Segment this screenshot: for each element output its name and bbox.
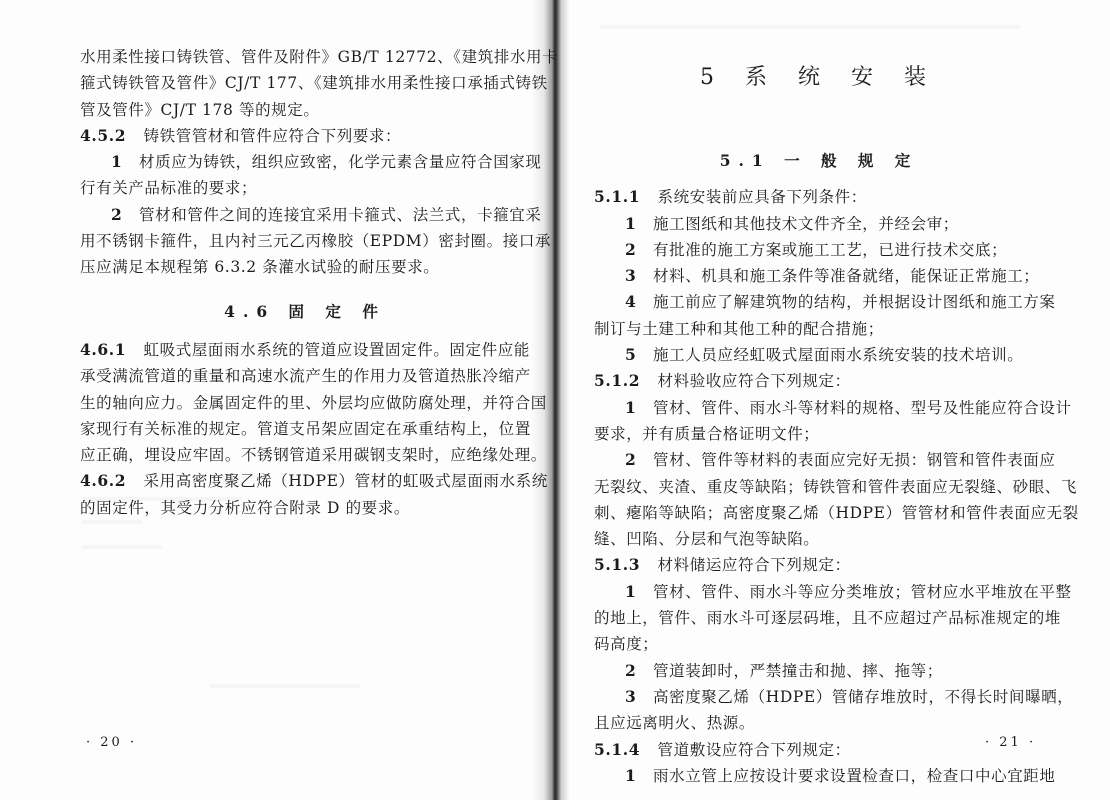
clause-text: 采用高密度聚乙烯（HDPE）管材的虹吸式屋面雨水系统 [144,472,548,490]
clause-number: 5.1.2 [594,368,652,394]
section-title: 4.6 固 定 件 [80,299,530,325]
item-number: 2 [111,202,139,228]
text-line: 的固定件，其受力分析应符合附录 D 的要求。 [80,495,530,521]
list-item: 3高密度聚乙烯（HDPE）管储存堆放时，不得长时间曝晒， [594,684,1044,710]
item-number: 3 [625,684,653,710]
page-number-left: · 20 · [86,735,137,750]
section-title: 5.1 一 般 规 定 [594,148,1044,174]
clause-text: 材料验收应符合下列规定： [658,372,851,390]
item-text: 管材、管件、雨水斗等材料的规格、型号及性能应符合设计 [653,399,1072,417]
clause-4-6-2: 4.6.2 采用高密度聚乙烯（HDPE）管材的虹吸式屋面雨水系统 [80,468,530,494]
text-line: 生的轴向应力。金属固定件的里、外层均应做防腐处理，并符合国 [80,390,530,416]
list-item: 1管材、管件、雨水斗等应分类堆放；管材应水平堆放在平整 [594,579,1044,605]
clause-5-1-4: 5.1.4 管道敷设应符合下列规定： [594,737,1044,763]
list-item: 2管材和管件之间的连接宜采用卡箍式、法兰式，卡箍宜采 [80,202,530,228]
list-item: 4施工前应了解建筑物的结构，并根据设计图纸和施工方案 [594,289,1044,315]
clause-number: 4.6.2 [80,468,138,494]
list-item: 2管道装卸时，严禁撞击和抛、摔、拖等； [594,658,1044,684]
list-item: 2管材、管件等材料的表面应完好无损：钢管和管件表面应 [594,447,1044,473]
item-text: 雨水立管上应按设计要求设置检查口，检查口中心宜距地 [653,767,1056,785]
item-text: 材质应为铸铁，组织应致密，化学元素含量应符合国家现 [139,153,542,171]
clause-number: 4.5.2 [80,123,138,149]
item-text: 材料、机具和施工条件等准备就绪，能保证正常施工； [653,267,1039,285]
clause-number: 5.1.4 [594,737,652,763]
text-line: 无裂纹、夹渣、重皮等缺陷；铸铁管和管件表面应无裂缝、砂眼、飞 [594,474,1044,500]
item-text: 管材、管件、雨水斗等应分类堆放；管材应水平堆放在平整 [653,583,1072,601]
list-item: 5施工人员应经虹吸式屋面雨水系统安装的技术培训。 [594,342,1044,368]
text-line: 行有关产品标准的要求； [80,175,530,201]
clause-text: 铸铁管管材和管件应符合下列要求： [144,127,402,145]
clause-number: 4.6.1 [80,337,138,363]
list-item: 1雨水立管上应按设计要求设置检查口，检查口中心宜距地 [594,763,1044,789]
item-text: 有批准的施工方案或施工工艺，已进行技术交底； [653,241,1007,259]
chapter-title: 5 系 统 安 装 [594,52,1044,104]
item-text: 施工图纸和其他技术文件齐全，并经会审； [653,215,959,233]
clause-text: 材料储运应符合下列规定： [658,556,851,574]
text-line: 刺、瘪陷等缺陷；高密度聚乙烯（HDPE）管管材和管件表面应无裂 [594,500,1044,526]
item-number: 1 [625,763,653,789]
text-line: 压应满足本规程第 6.3.2 条灌水试验的耐压要求。 [80,254,530,280]
clause-5-1-3: 5.1.3 材料储运应符合下列规定： [594,552,1044,578]
list-item: 3材料、机具和施工条件等准备就绪，能保证正常施工； [594,263,1044,289]
bleed-through-mark [82,545,162,549]
item-number: 2 [625,447,653,473]
list-item: 2有批准的施工方案或施工工艺，已进行技术交底； [594,237,1044,263]
left-page-text: 水用柔性接口铸铁管、管件及附件》GB/T 12772、《建筑排水用卡 箍式铸铁管… [80,44,530,521]
list-item: 1施工图纸和其他技术文件齐全，并经会审； [594,211,1044,237]
text-line: 要求，并有质量合格证明文件； [594,421,1044,447]
list-item: 1管材、管件、雨水斗等材料的规格、型号及性能应符合设计 [594,395,1044,421]
list-item: 1材质应为铸铁，组织应致密，化学元素含量应符合国家现 [80,149,530,175]
text-line: 的地上，管件、雨水斗可逐层码堆，且不应超过产品标准规定的堆 [594,605,1044,631]
text-line: 家现行有关标准的规定。管道支吊架应固定在承重结构上，位置 [80,416,530,442]
clause-number: 5.1.3 [594,552,652,578]
item-text: 管材和管件之间的连接宜采用卡箍式、法兰式，卡箍宜采 [139,206,542,224]
item-number: 2 [625,658,653,684]
text-line: 箍式铸铁管及管件》CJ/T 177、《建筑排水用柔性接口承插式铸铁 [80,70,530,96]
page-number-right: · 21 · [985,735,1036,750]
clause-4-5-2: 4.5.2 铸铁管管材和管件应符合下列要求： [80,123,530,149]
clause-4-6-1: 4.6.1 虹吸式屋面雨水系统的管道应设置固定件。固定件应能 [80,337,530,363]
text-line: 水用柔性接口铸铁管、管件及附件》GB/T 12772、《建筑排水用卡 [80,44,530,70]
text-line: 码高度； [594,631,1044,657]
item-number: 2 [625,237,653,263]
item-text: 施工人员应经虹吸式屋面雨水系统安装的技术培训。 [653,346,1023,364]
clause-text: 系统安装前应具备下列条件： [658,188,867,206]
item-text: 高密度聚乙烯（HDPE）管储存堆放时，不得长时间曝晒， [653,688,1073,706]
clause-number: 5.1.1 [594,184,652,210]
text-line: 且应远离明火、热源。 [594,710,1044,736]
item-text: 施工前应了解建筑物的结构，并根据设计图纸和施工方案 [653,293,1056,311]
text-line: 制订与土建工种和其他工种的配合措施； [594,316,1044,342]
right-page-text: 5 系 统 安 装 5.1 一 般 规 定 5.1.1 系统安装前应具备下列条件… [594,44,1044,789]
item-number: 1 [625,579,653,605]
clause-text: 管道敷设应符合下列规定： [658,741,851,759]
item-text: 管材、管件等材料的表面应完好无损：钢管和管件表面应 [653,451,1056,469]
item-text: 管道装卸时，严禁撞击和抛、摔、拖等； [653,662,943,680]
text-line: 用不锈钢卡箍件，且内衬三元乙丙橡胶（EPDM）密封圈。接口承 [80,228,530,254]
item-number: 5 [625,342,653,368]
text-line: 承受满流管道的重量和高速水流产生的作用力及管道热胀冷缩产 [80,363,530,389]
clause-5-1-1: 5.1.1 系统安装前应具备下列条件： [594,184,1044,210]
text-line: 管及管件》CJ/T 178 等的规定。 [80,97,530,123]
item-number: 3 [625,263,653,289]
bleed-through-mark [600,25,1020,29]
item-number: 4 [625,289,653,315]
item-number: 1 [111,149,139,175]
item-number: 1 [625,211,653,237]
text-line: 缝、凹陷、分层和气泡等缺陷。 [594,526,1044,552]
clause-text: 虹吸式屋面雨水系统的管道应设置固定件。固定件应能 [144,341,530,359]
clause-5-1-2: 5.1.2 材料验收应符合下列规定： [594,368,1044,394]
text-line: 应正确，埋设应牢固。不锈钢管道采用碳钢支架时，应绝缘处理。 [80,442,530,468]
bleed-through-mark [210,684,360,688]
item-number: 1 [625,395,653,421]
